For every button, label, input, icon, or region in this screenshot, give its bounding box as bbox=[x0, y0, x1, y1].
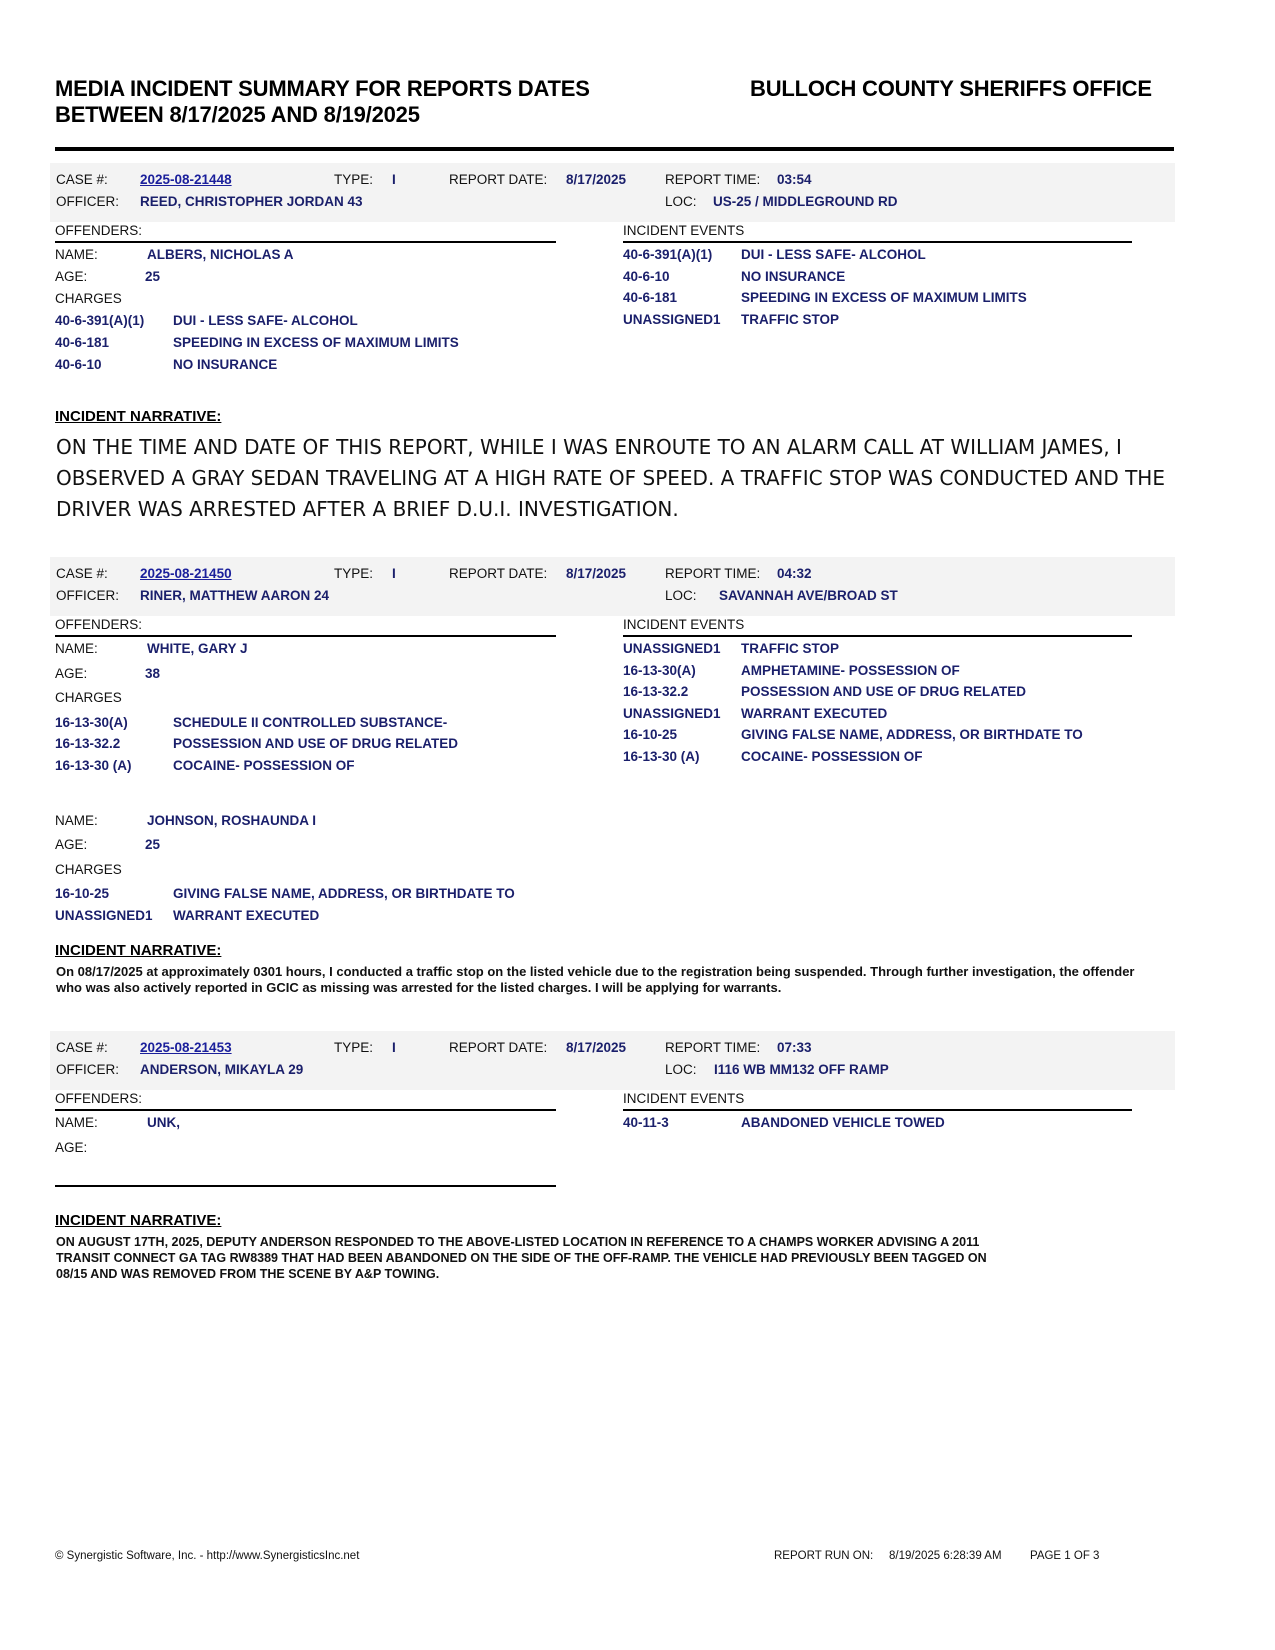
event-row: 40-6-391(A)(1)DUI - LESS SAFE- ALCOHOL bbox=[623, 247, 926, 262]
offenders-heading: OFFENDERS: bbox=[55, 223, 142, 238]
incident-narrative-text: ON AUGUST 17TH, 2025, DEPUTY ANDERSON RE… bbox=[56, 1234, 1166, 1282]
charge-description: POSSESSION AND USE OF DRUG RELATED bbox=[173, 736, 458, 751]
event-description: TRAFFIC STOP bbox=[741, 641, 839, 656]
charge-description: NO INSURANCE bbox=[173, 357, 277, 372]
case-number-label: CASE #: bbox=[56, 1040, 108, 1055]
event-row: 40-11-3ABANDONED VEHICLE TOWED bbox=[623, 1115, 945, 1130]
incident-narrative-heading: INCIDENT NARRATIVE: bbox=[55, 1212, 221, 1229]
charge-description: SCHEDULE II CONTROLLED SUBSTANCE- bbox=[173, 715, 447, 730]
charge-description: WARRANT EXECUTED bbox=[173, 908, 319, 923]
event-row: 16-13-30 (A)COCAINE- POSSESSION OF bbox=[623, 749, 923, 764]
offender-name: UNK, bbox=[147, 1115, 180, 1130]
offender-age-label: AGE: bbox=[55, 666, 87, 681]
event-row: 40-6-10NO INSURANCE bbox=[623, 269, 845, 284]
loc-value: I116 WB MM132 OFF RAMP bbox=[714, 1062, 889, 1077]
event-code: 40-6-10 bbox=[623, 269, 741, 284]
incident-events-rule bbox=[623, 241, 1132, 243]
type-label: TYPE: bbox=[334, 566, 373, 581]
incident-events-heading: INCIDENT EVENTS bbox=[623, 617, 744, 632]
charge-row: UNASSIGNED1WARRANT EXECUTED bbox=[55, 908, 319, 923]
report-time-label: REPORT TIME: bbox=[665, 172, 760, 187]
offenders-rule bbox=[55, 635, 556, 637]
charge-code: 16-10-25 bbox=[55, 886, 173, 901]
charge-code: 16-13-30 (A) bbox=[55, 758, 173, 773]
officer-value: REED, CHRISTOPHER JORDAN 43 bbox=[140, 194, 363, 209]
report-time-label: REPORT TIME: bbox=[665, 566, 760, 581]
event-description: AMPHETAMINE- POSSESSION OF bbox=[741, 663, 960, 678]
incident-narrative-heading: INCIDENT NARRATIVE: bbox=[55, 942, 221, 959]
case-number-label: CASE #: bbox=[56, 566, 108, 581]
charge-description: GIVING FALSE NAME, ADDRESS, OR BIRTHDATE… bbox=[173, 886, 515, 901]
offenders-bottom-rule bbox=[55, 1185, 556, 1187]
officer-label: OFFICER: bbox=[56, 1062, 119, 1077]
loc-label: LOC: bbox=[665, 194, 697, 209]
charge-description: SPEEDING IN EXCESS OF MAXIMUM LIMITS bbox=[173, 335, 459, 350]
type-label: TYPE: bbox=[334, 172, 373, 187]
officer-value: RINER, MATTHEW AARON 24 bbox=[140, 588, 329, 603]
type-value: I bbox=[392, 1040, 396, 1055]
incident-events-rule bbox=[623, 1109, 1132, 1111]
event-description: POSSESSION AND USE OF DRUG RELATED bbox=[741, 684, 1026, 699]
report-date-value: 8/17/2025 bbox=[566, 566, 626, 581]
loc-label: LOC: bbox=[665, 1062, 697, 1077]
offender-age-label: AGE: bbox=[55, 1140, 87, 1155]
case-number-link[interactable]: 2025-08-21450 bbox=[140, 566, 232, 581]
event-row: 16-13-32.2POSSESSION AND USE OF DRUG REL… bbox=[623, 684, 1026, 699]
charge-code: 40-6-391(A)(1) bbox=[55, 313, 173, 328]
event-row: UNASSIGNED1WARRANT EXECUTED bbox=[623, 706, 887, 721]
charges-heading: CHARGES bbox=[55, 291, 122, 306]
offender-name: JOHNSON, ROSHAUNDA I bbox=[147, 813, 316, 828]
case-number-link[interactable]: 2025-08-21453 bbox=[140, 1040, 232, 1055]
footer-page-number: PAGE 1 OF 3 bbox=[1030, 1550, 1099, 1562]
offender-name-label: NAME: bbox=[55, 1115, 98, 1130]
incident-narrative-text: On 08/17/2025 at approximately 0301 hour… bbox=[56, 964, 1156, 996]
officer-value: ANDERSON, MIKAYLA 29 bbox=[140, 1062, 303, 1077]
charge-row: 16-10-25GIVING FALSE NAME, ADDRESS, OR B… bbox=[55, 886, 515, 901]
report-date-label: REPORT DATE: bbox=[449, 172, 547, 187]
event-description: COCAINE- POSSESSION OF bbox=[741, 749, 923, 764]
charge-description: COCAINE- POSSESSION OF bbox=[173, 758, 355, 773]
event-code: UNASSIGNED1 bbox=[623, 706, 741, 721]
report-time-label: REPORT TIME: bbox=[665, 1040, 760, 1055]
report-date-label: REPORT DATE: bbox=[449, 566, 547, 581]
footer-report-run-value: 8/19/2025 6:28:39 AM bbox=[889, 1550, 1002, 1562]
charge-code: 40-6-181 bbox=[55, 335, 173, 350]
incident-narrative-heading: INCIDENT NARRATIVE: bbox=[55, 408, 221, 425]
charges-heading: CHARGES bbox=[55, 690, 122, 705]
offender-name: ALBERS, NICHOLAS A bbox=[147, 247, 294, 262]
offender-name-label: NAME: bbox=[55, 813, 98, 828]
event-description: ABANDONED VEHICLE TOWED bbox=[741, 1115, 945, 1130]
offenders-rule bbox=[55, 241, 556, 243]
report-time-value: 07:33 bbox=[777, 1040, 812, 1055]
event-description: GIVING FALSE NAME, ADDRESS, OR BIRTHDATE… bbox=[741, 727, 1083, 742]
event-code: 16-10-25 bbox=[623, 727, 741, 742]
event-description: TRAFFIC STOP bbox=[741, 312, 839, 327]
type-value: I bbox=[392, 172, 396, 187]
incident-events-heading: INCIDENT EVENTS bbox=[623, 223, 744, 238]
event-description: DUI - LESS SAFE- ALCOHOL bbox=[741, 247, 926, 262]
offender-age-label: AGE: bbox=[55, 837, 87, 852]
agency-name: BULLOCH COUNTY SHERIFFS OFFICE bbox=[750, 76, 1152, 102]
incident-events-rule bbox=[623, 635, 1132, 637]
offender-age-label: AGE: bbox=[55, 269, 87, 284]
offenders-rule bbox=[55, 1109, 556, 1111]
report-title-line1: MEDIA INCIDENT SUMMARY FOR REPORTS DATES bbox=[55, 76, 590, 102]
event-code: 40-6-391(A)(1) bbox=[623, 247, 741, 262]
offender-age: 25 bbox=[145, 837, 160, 852]
offender-name-label: NAME: bbox=[55, 247, 98, 262]
offenders-heading: OFFENDERS: bbox=[55, 1091, 142, 1106]
event-code: 40-6-181 bbox=[623, 290, 741, 305]
event-description: NO INSURANCE bbox=[741, 269, 845, 284]
footer-copyright: © Synergistic Software, Inc. - http://ww… bbox=[55, 1550, 359, 1562]
event-row: UNASSIGNED1TRAFFIC STOP bbox=[623, 641, 839, 656]
charge-row: 40-6-391(A)(1)DUI - LESS SAFE- ALCOHOL bbox=[55, 313, 358, 328]
officer-label: OFFICER: bbox=[56, 588, 119, 603]
charge-row: 40-6-10NO INSURANCE bbox=[55, 357, 277, 372]
offenders-heading: OFFENDERS: bbox=[55, 617, 142, 632]
report-date-label: REPORT DATE: bbox=[449, 1040, 547, 1055]
loc-label: LOC: bbox=[665, 588, 697, 603]
event-code: 16-13-32.2 bbox=[623, 684, 741, 699]
offender-age: 38 bbox=[145, 666, 160, 681]
case-number-label: CASE #: bbox=[56, 172, 108, 187]
event-row: 16-13-30(A)AMPHETAMINE- POSSESSION OF bbox=[623, 663, 960, 678]
report-time-value: 04:32 bbox=[777, 566, 812, 581]
type-value: I bbox=[392, 566, 396, 581]
offender-name-label: NAME: bbox=[55, 641, 98, 656]
charge-code: 16-13-32.2 bbox=[55, 736, 173, 751]
header-rule bbox=[55, 147, 1174, 151]
loc-value: SAVANNAH AVE/BROAD ST bbox=[719, 588, 898, 603]
charge-description: DUI - LESS SAFE- ALCOHOL bbox=[173, 313, 358, 328]
case-number-link[interactable]: 2025-08-21448 bbox=[140, 172, 232, 187]
charge-row: 16-13-30(A)SCHEDULE II CONTROLLED SUBSTA… bbox=[55, 715, 447, 730]
event-row: 40-6-181SPEEDING IN EXCESS OF MAXIMUM LI… bbox=[623, 290, 1027, 305]
report-title-line2: BETWEEN 8/17/2025 AND 8/19/2025 bbox=[55, 102, 420, 128]
report-date-value: 8/17/2025 bbox=[566, 1040, 626, 1055]
event-row: 16-10-25GIVING FALSE NAME, ADDRESS, OR B… bbox=[623, 727, 1083, 742]
offender-age: 25 bbox=[145, 269, 160, 284]
event-code: UNASSIGNED1 bbox=[623, 641, 741, 656]
charge-row: 16-13-30 (A)COCAINE- POSSESSION OF bbox=[55, 758, 355, 773]
offender-name: WHITE, GARY J bbox=[147, 641, 248, 656]
event-code: UNASSIGNED1 bbox=[623, 312, 741, 327]
charge-code: UNASSIGNED1 bbox=[55, 908, 173, 923]
incident-narrative-text: ON THE TIME AND DATE OF THIS REPORT, WHI… bbox=[56, 432, 1176, 525]
event-row: UNASSIGNED1TRAFFIC STOP bbox=[623, 312, 839, 327]
loc-value: US-25 / MIDDLEGROUND RD bbox=[713, 194, 898, 209]
charge-code: 16-13-30(A) bbox=[55, 715, 173, 730]
incident-events-heading: INCIDENT EVENTS bbox=[623, 1091, 744, 1106]
charge-code: 40-6-10 bbox=[55, 357, 173, 372]
type-label: TYPE: bbox=[334, 1040, 373, 1055]
officer-label: OFFICER: bbox=[56, 194, 119, 209]
report-time-value: 03:54 bbox=[777, 172, 812, 187]
charges-heading: CHARGES bbox=[55, 862, 122, 877]
event-code: 16-13-30 (A) bbox=[623, 749, 741, 764]
event-code: 40-11-3 bbox=[623, 1115, 741, 1130]
event-description: SPEEDING IN EXCESS OF MAXIMUM LIMITS bbox=[741, 290, 1027, 305]
report-date-value: 8/17/2025 bbox=[566, 172, 626, 187]
event-code: 16-13-30(A) bbox=[623, 663, 741, 678]
footer-report-run-label: REPORT RUN ON: bbox=[774, 1550, 873, 1562]
charge-row: 16-13-32.2POSSESSION AND USE OF DRUG REL… bbox=[55, 736, 458, 751]
charge-row: 40-6-181SPEEDING IN EXCESS OF MAXIMUM LI… bbox=[55, 335, 459, 350]
event-description: WARRANT EXECUTED bbox=[741, 706, 887, 721]
